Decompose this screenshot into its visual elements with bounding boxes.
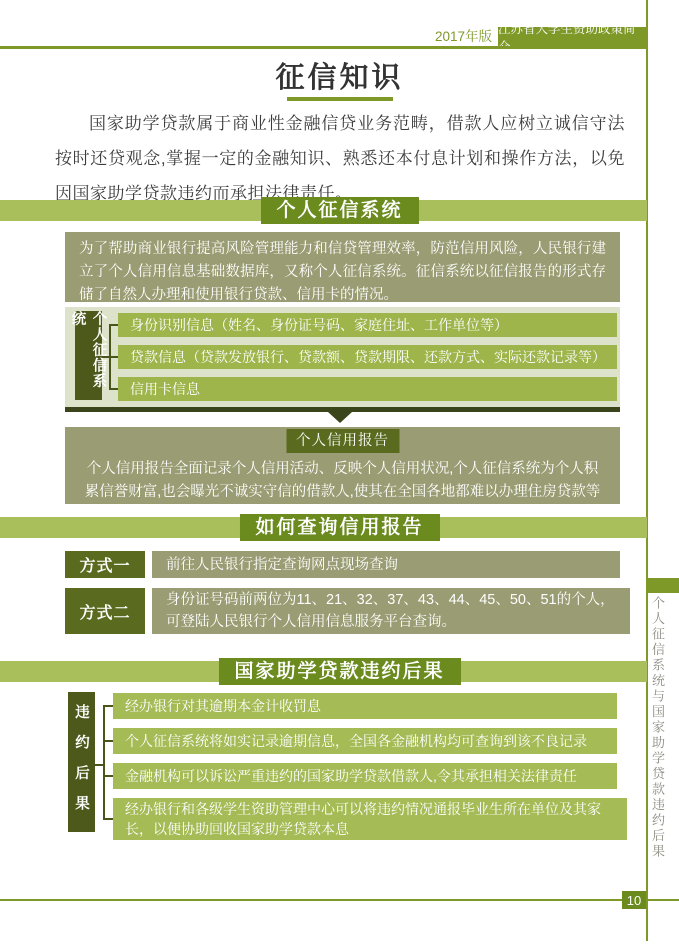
down-arrow-icon (328, 412, 352, 423)
section-banner-query-report: 如何查询信用报告 (0, 514, 679, 541)
footer-rule (0, 899, 679, 901)
section-banner-default-consequences: 国家助学贷款违约后果 (0, 658, 679, 685)
header-rule (0, 46, 647, 49)
booklet-title: 江苏省大学生资助政策简介 (498, 27, 647, 47)
page-title: 征信知识 (0, 55, 679, 96)
diagram-item-identity: 身份识别信息（姓名、身份证号码、家庭住址、工作单位等） (118, 313, 617, 337)
credit-report-box: 个人信用报告 个人信用报告全面记录个人信用活动、反映个人信用状况,个人征信系统为… (65, 427, 620, 504)
connector-line (109, 324, 118, 326)
side-tab-text: 个人征信系统与国家助学贷款违约后果 (650, 596, 665, 860)
connector-line (103, 775, 113, 777)
consequence-item-penalty-interest: 经办银行对其逾期本金计收罚息 (113, 693, 617, 719)
diagram-item-credit-card: 信用卡信息 (118, 377, 617, 401)
credit-report-label: 个人信用报告 (286, 429, 399, 453)
connector-line (103, 705, 105, 820)
connector-line (95, 764, 103, 766)
method-2-text: 身份证号码前两位为11、21、32、37、43、44、45、50、51的个人，可… (152, 588, 630, 634)
connector-line (109, 388, 118, 390)
connector-line (103, 818, 113, 820)
consequence-item-bad-record: 个人征信系统将如实记录逾期信息，全国各金融机构均可查询到该不良记录 (113, 728, 617, 754)
method-2-label: 方式二 (65, 588, 145, 634)
consequence-item-lawsuit: 金融机构可以诉讼严重违约的国家助学贷款借款人,令其承担相关法律责任 (113, 763, 617, 789)
page-number: 10 (622, 891, 646, 909)
title-underline (287, 97, 393, 101)
connector-line (103, 705, 113, 707)
intro-paragraph: 国家助学贷款属于商业性金融信贷业务范畴，借款人应树立诚信守法按时还贷观念,掌握一… (55, 106, 625, 211)
section-banner-credit-system: 个人征信系统 (0, 197, 679, 224)
method-1-text: 前往人民银行指定查询网点现场查询 (152, 551, 620, 578)
banner-title-query-report: 如何查询信用报告 (239, 514, 439, 541)
side-tab-marker (648, 578, 679, 593)
document-page: 2017年版 江苏省大学生资助政策简介 征信知识 国家助学贷款属于商业性金融信贷… (0, 0, 679, 949)
connector-line (102, 356, 109, 358)
edition-label: 2017年版 (400, 28, 492, 46)
right-margin-rule (646, 0, 648, 941)
banner-title-default-consequences: 国家助学贷款违约后果 (218, 658, 460, 685)
diagram-item-loan: 贷款信息（贷款发放银行、贷款额、贷款期限、还款方式、实际还款记录等） (118, 345, 617, 369)
consequences-root-label: 违约后果 (68, 692, 95, 832)
credit-system-description: 为了帮助商业银行提高风险管理能力和信贷管理效率，防范信用风险，人民银行建立了个人… (65, 232, 620, 302)
connector-line (109, 356, 118, 358)
banner-title-credit-system: 个人征信系统 (260, 197, 418, 224)
connector-line (103, 740, 113, 742)
credit-system-diagram: 个人征信系统 身份识别信息（姓名、身份证号码、家庭住址、工作单位等） 贷款信息（… (65, 307, 620, 412)
method-1-label: 方式一 (65, 551, 145, 578)
consequence-item-notify: 经办银行和各级学生资助管理中心可以将违约情况通报毕业生所在单位及其家长，以便协助… (113, 798, 627, 840)
diagram-root-label: 个人征信系统 (75, 311, 102, 400)
